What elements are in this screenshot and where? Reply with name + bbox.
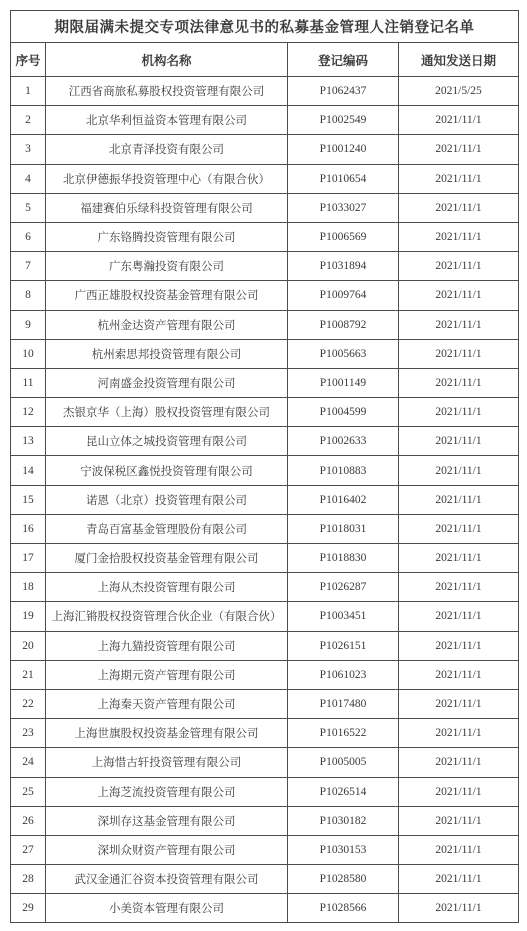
- org-name-cell: 上海芝流投资管理有限公司: [46, 777, 288, 806]
- table-row: 8广西正雄股权投资基金管理有限公司P10097642021/11/1: [11, 281, 519, 310]
- notice-date-cell: 2021/11/1: [399, 485, 519, 514]
- notice-date-cell: 2021/11/1: [399, 106, 519, 135]
- table-row: 18上海从杰投资管理有限公司P10262872021/11/1: [11, 573, 519, 602]
- notice-date-cell: 2021/11/1: [399, 865, 519, 894]
- org-name-cell: 上海期元资产管理有限公司: [46, 660, 288, 689]
- org-name-cell: 广东粤瀚投资有限公司: [46, 252, 288, 281]
- table-row: 12杰银京华（上海）股权投资管理有限公司P10045992021/11/1: [11, 398, 519, 427]
- org-name-cell: 上海秦天资产管理有限公司: [46, 689, 288, 718]
- row-index-cell: 12: [11, 398, 46, 427]
- notice-date-cell: 2021/11/1: [399, 252, 519, 281]
- org-name-cell: 河南盛金投资管理有限公司: [46, 368, 288, 397]
- table-row: 7广东粤瀚投资有限公司P10318942021/11/1: [11, 252, 519, 281]
- org-name-cell: 小美资本管理有限公司: [46, 894, 288, 923]
- row-index-cell: 10: [11, 339, 46, 368]
- reg-code-cell: P1026151: [288, 631, 399, 660]
- row-index-cell: 24: [11, 748, 46, 777]
- notice-date-cell: 2021/5/25: [399, 77, 519, 106]
- org-name-cell: 杰银京华（上海）股权投资管理有限公司: [46, 398, 288, 427]
- table-row: 13昆山立体之城投资管理有限公司P10026332021/11/1: [11, 427, 519, 456]
- row-index-cell: 21: [11, 660, 46, 689]
- org-name-cell: 上海从杰投资管理有限公司: [46, 573, 288, 602]
- row-index-cell: 29: [11, 894, 46, 923]
- row-index-cell: 13: [11, 427, 46, 456]
- table-header-row: 序号 机构名称 登记编码 通知发送日期: [11, 43, 519, 77]
- reg-code-cell: P1016522: [288, 719, 399, 748]
- org-name-cell: 广东铬腾投资管理有限公司: [46, 222, 288, 251]
- notice-date-cell: 2021/11/1: [399, 164, 519, 193]
- notice-date-cell: 2021/11/1: [399, 894, 519, 923]
- notice-date-cell: 2021/11/1: [399, 222, 519, 251]
- notice-date-cell: 2021/11/1: [399, 427, 519, 456]
- table-row: 4北京伊德振华投资管理中心（有限合伙）P10106542021/11/1: [11, 164, 519, 193]
- reg-code-cell: P1033027: [288, 193, 399, 222]
- reg-code-cell: P1010654: [288, 164, 399, 193]
- reg-code-cell: P1001240: [288, 135, 399, 164]
- row-index-cell: 26: [11, 806, 46, 835]
- row-index-cell: 3: [11, 135, 46, 164]
- reg-code-cell: P1028580: [288, 865, 399, 894]
- org-name-cell: 北京青泽投资有限公司: [46, 135, 288, 164]
- org-name-cell: 江西省商旅私募股权投资管理有限公司: [46, 77, 288, 106]
- col-header-org-name: 机构名称: [46, 43, 288, 77]
- table-row: 17厦门金拾股权投资基金管理有限公司P10188302021/11/1: [11, 544, 519, 573]
- row-index-cell: 27: [11, 835, 46, 864]
- row-index-cell: 20: [11, 631, 46, 660]
- reg-code-cell: P1016402: [288, 485, 399, 514]
- reg-code-cell: P1002549: [288, 106, 399, 135]
- reg-code-cell: P1005005: [288, 748, 399, 777]
- row-index-cell: 14: [11, 456, 46, 485]
- reg-code-cell: P1061023: [288, 660, 399, 689]
- org-name-cell: 北京华利恒益资本管理有限公司: [46, 106, 288, 135]
- org-name-cell: 青岛百富基金管理股份有限公司: [46, 514, 288, 543]
- row-index-cell: 15: [11, 485, 46, 514]
- table-row: 14宁波保税区鑫悦投资管理有限公司P10108832021/11/1: [11, 456, 519, 485]
- table-row: 10杭州索思邦投资管理有限公司P10056632021/11/1: [11, 339, 519, 368]
- row-index-cell: 8: [11, 281, 46, 310]
- col-header-index: 序号: [11, 43, 46, 77]
- reg-code-cell: P1006569: [288, 222, 399, 251]
- reg-code-cell: P1030182: [288, 806, 399, 835]
- notice-date-cell: 2021/11/1: [399, 544, 519, 573]
- table-row: 21上海期元资产管理有限公司P10610232021/11/1: [11, 660, 519, 689]
- table-row: 3北京青泽投资有限公司P10012402021/11/1: [11, 135, 519, 164]
- table-row: 1江西省商旅私募股权投资管理有限公司P10624372021/5/25: [11, 77, 519, 106]
- row-index-cell: 18: [11, 573, 46, 602]
- table-row: 6广东铬腾投资管理有限公司P10065692021/11/1: [11, 222, 519, 251]
- org-name-cell: 上海九猫投资管理有限公司: [46, 631, 288, 660]
- org-name-cell: 杭州索思邦投资管理有限公司: [46, 339, 288, 368]
- notice-date-cell: 2021/11/1: [399, 835, 519, 864]
- reg-code-cell: P1010883: [288, 456, 399, 485]
- table-row: 23上海世旗股权投资基金管理有限公司P10165222021/11/1: [11, 719, 519, 748]
- table-row: 29小美资本管理有限公司P10285662021/11/1: [11, 894, 519, 923]
- reg-code-cell: P1028566: [288, 894, 399, 923]
- row-index-cell: 2: [11, 106, 46, 135]
- row-index-cell: 28: [11, 865, 46, 894]
- row-index-cell: 25: [11, 777, 46, 806]
- org-name-cell: 上海汇锵股权投资管理合伙企业（有限合伙）: [46, 602, 288, 631]
- reg-code-cell: P1026287: [288, 573, 399, 602]
- table-row: 16青岛百富基金管理股份有限公司P10180312021/11/1: [11, 514, 519, 543]
- reg-code-cell: P1005663: [288, 339, 399, 368]
- notice-date-cell: 2021/11/1: [399, 777, 519, 806]
- notice-date-cell: 2021/11/1: [399, 281, 519, 310]
- col-header-notice-date: 通知发送日期: [399, 43, 519, 77]
- table-title-row: 期限届满未提交专项法律意见书的私募基金管理人注销登记名单: [11, 11, 519, 43]
- row-index-cell: 1: [11, 77, 46, 106]
- org-name-cell: 福建赛伯乐绿科投资管理有限公司: [46, 193, 288, 222]
- org-name-cell: 广西正雄股权投资基金管理有限公司: [46, 281, 288, 310]
- table-row: 11河南盛金投资管理有限公司P10011492021/11/1: [11, 368, 519, 397]
- org-name-cell: 杭州金达资产管理有限公司: [46, 310, 288, 339]
- org-name-cell: 深圳众财资产管理有限公司: [46, 835, 288, 864]
- table-body: 1江西省商旅私募股权投资管理有限公司P10624372021/5/252北京华利…: [11, 77, 519, 923]
- deregistration-table: 期限届满未提交专项法律意见书的私募基金管理人注销登记名单 序号 机构名称 登记编…: [10, 10, 519, 923]
- org-name-cell: 北京伊德振华投资管理中心（有限合伙）: [46, 164, 288, 193]
- notice-date-cell: 2021/11/1: [399, 573, 519, 602]
- table-row: 25上海芝流投资管理有限公司P10265142021/11/1: [11, 777, 519, 806]
- notice-date-cell: 2021/11/1: [399, 660, 519, 689]
- table-title: 期限届满未提交专项法律意见书的私募基金管理人注销登记名单: [11, 11, 519, 43]
- table-row: 20上海九猫投资管理有限公司P10261512021/11/1: [11, 631, 519, 660]
- row-index-cell: 4: [11, 164, 46, 193]
- notice-date-cell: 2021/11/1: [399, 689, 519, 718]
- org-name-cell: 武汉金通汇谷资本投资管理有限公司: [46, 865, 288, 894]
- col-header-reg-code: 登记编码: [288, 43, 399, 77]
- table-row: 9杭州金达资产管理有限公司P10087922021/11/1: [11, 310, 519, 339]
- reg-code-cell: P1030153: [288, 835, 399, 864]
- notice-date-cell: 2021/11/1: [399, 602, 519, 631]
- row-index-cell: 11: [11, 368, 46, 397]
- table-row: 26深圳存这基金管理有限公司P10301822021/11/1: [11, 806, 519, 835]
- reg-code-cell: P1062437: [288, 77, 399, 106]
- reg-code-cell: P1008792: [288, 310, 399, 339]
- org-name-cell: 昆山立体之城投资管理有限公司: [46, 427, 288, 456]
- reg-code-cell: P1026514: [288, 777, 399, 806]
- reg-code-cell: P1009764: [288, 281, 399, 310]
- table-row: 22上海秦天资产管理有限公司P10174802021/11/1: [11, 689, 519, 718]
- notice-date-cell: 2021/11/1: [399, 456, 519, 485]
- row-index-cell: 9: [11, 310, 46, 339]
- table-row: 28武汉金通汇谷资本投资管理有限公司P10285802021/11/1: [11, 865, 519, 894]
- table-row: 27深圳众财资产管理有限公司P10301532021/11/1: [11, 835, 519, 864]
- document-page: 期限届满未提交专项法律意见书的私募基金管理人注销登记名单 序号 机构名称 登记编…: [0, 0, 527, 929]
- row-index-cell: 7: [11, 252, 46, 281]
- org-name-cell: 诺恩（北京）投资管理有限公司: [46, 485, 288, 514]
- table-row: 2北京华利恒益资本管理有限公司P10025492021/11/1: [11, 106, 519, 135]
- notice-date-cell: 2021/11/1: [399, 310, 519, 339]
- reg-code-cell: P1018031: [288, 514, 399, 543]
- notice-date-cell: 2021/11/1: [399, 339, 519, 368]
- row-index-cell: 23: [11, 719, 46, 748]
- row-index-cell: 22: [11, 689, 46, 718]
- org-name-cell: 深圳存这基金管理有限公司: [46, 806, 288, 835]
- row-index-cell: 5: [11, 193, 46, 222]
- notice-date-cell: 2021/11/1: [399, 135, 519, 164]
- notice-date-cell: 2021/11/1: [399, 748, 519, 777]
- org-name-cell: 上海惜古轩投资管理有限公司: [46, 748, 288, 777]
- notice-date-cell: 2021/11/1: [399, 719, 519, 748]
- notice-date-cell: 2021/11/1: [399, 514, 519, 543]
- row-index-cell: 17: [11, 544, 46, 573]
- notice-date-cell: 2021/11/1: [399, 193, 519, 222]
- reg-code-cell: P1017480: [288, 689, 399, 718]
- org-name-cell: 上海世旗股权投资基金管理有限公司: [46, 719, 288, 748]
- table-row: 5福建赛伯乐绿科投资管理有限公司P10330272021/11/1: [11, 193, 519, 222]
- reg-code-cell: P1018830: [288, 544, 399, 573]
- notice-date-cell: 2021/11/1: [399, 368, 519, 397]
- reg-code-cell: P1004599: [288, 398, 399, 427]
- notice-date-cell: 2021/11/1: [399, 806, 519, 835]
- reg-code-cell: P1002633: [288, 427, 399, 456]
- org-name-cell: 宁波保税区鑫悦投资管理有限公司: [46, 456, 288, 485]
- table-row: 15诺恩（北京）投资管理有限公司P10164022021/11/1: [11, 485, 519, 514]
- org-name-cell: 厦门金拾股权投资基金管理有限公司: [46, 544, 288, 573]
- notice-date-cell: 2021/11/1: [399, 398, 519, 427]
- reg-code-cell: P1001149: [288, 368, 399, 397]
- table-row: 24上海惜古轩投资管理有限公司P10050052021/11/1: [11, 748, 519, 777]
- notice-date-cell: 2021/11/1: [399, 631, 519, 660]
- row-index-cell: 16: [11, 514, 46, 543]
- row-index-cell: 6: [11, 222, 46, 251]
- reg-code-cell: P1003451: [288, 602, 399, 631]
- row-index-cell: 19: [11, 602, 46, 631]
- reg-code-cell: P1031894: [288, 252, 399, 281]
- table-row: 19上海汇锵股权投资管理合伙企业（有限合伙）P10034512021/11/1: [11, 602, 519, 631]
